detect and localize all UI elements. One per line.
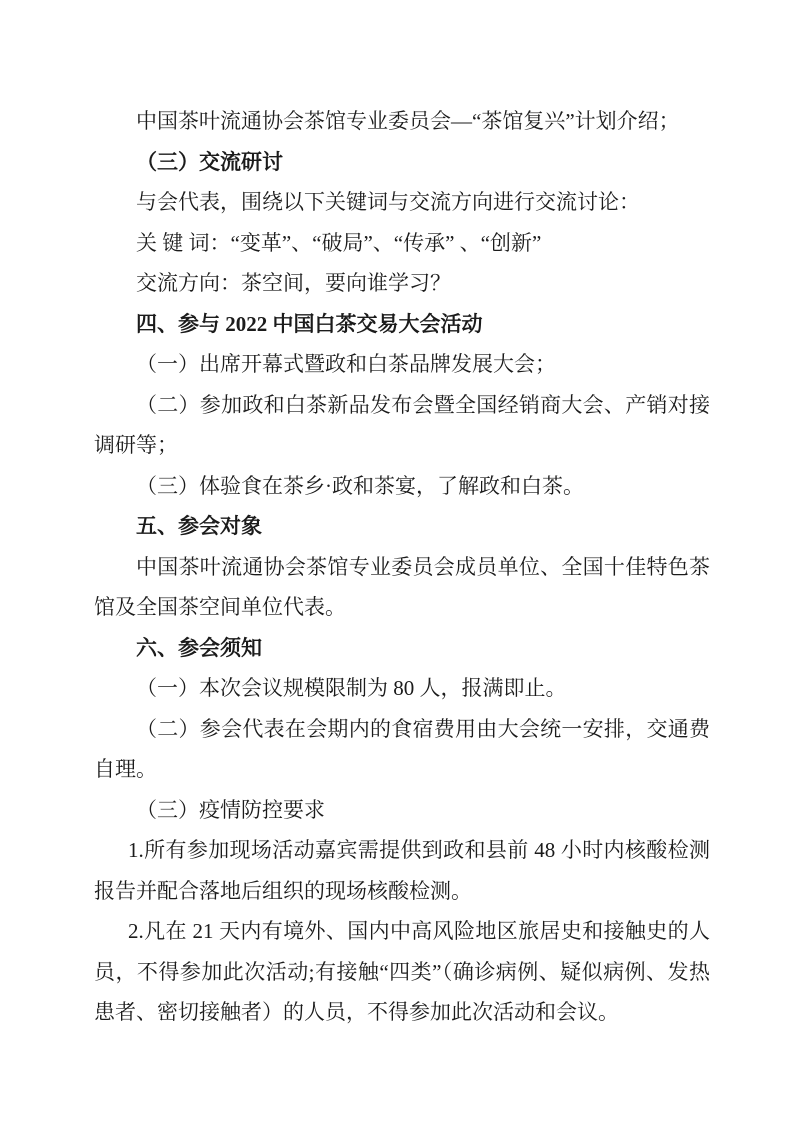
body-paragraph: 交流方向：茶空间，要向谁学习？ <box>94 263 710 304</box>
body-paragraph: （一）本次会议规模限制为 80 人，报满即止。 <box>94 668 710 709</box>
body-paragraph: 关 键 词：“变革”、“破局”、“传承” 、“创新” <box>94 223 710 264</box>
heading-paragraph: 六、参会须知 <box>94 628 710 669</box>
body-paragraph: （一）出席开幕式暨政和白茶品牌发展大会； <box>94 344 710 385</box>
heading-paragraph: 四、参与 2022 中国白茶交易大会活动 <box>94 304 710 345</box>
document-text-block: 中国茶叶流通协会茶馆专业委员会—“茶馆复兴”计划介绍；（三）交流研讨与会代表，围… <box>94 101 710 1033</box>
body-paragraph: （三）体验食在茶乡·政和茶宴，了解政和白茶。 <box>94 466 710 507</box>
body-paragraph: 中国茶叶流通协会茶馆专业委员会—“茶馆复兴”计划介绍； <box>94 101 710 142</box>
body-paragraph: （二）参加政和白茶新品发布会暨全国经销商大会、产销对接调研等； <box>94 385 710 466</box>
body-paragraph: 中国茶叶流通协会茶馆专业委员会成员单位、全国十佳特色茶馆及全国茶空间单位代表。 <box>94 547 710 628</box>
heading-paragraph: 五、参会对象 <box>94 506 710 547</box>
body-paragraph: （三）疫情防控要求 <box>94 790 710 831</box>
document-page: 中国茶叶流通协会茶馆专业委员会—“茶馆复兴”计划介绍；（三）交流研讨与会代表，围… <box>0 0 794 1123</box>
body-paragraph: 1.所有参加现场活动嘉宾需提供到政和县前 48 小时内核酸检测报告并配合落地后组… <box>94 830 710 911</box>
body-paragraph: （二）参会代表在会期内的食宿费用由大会统一安排，交通费自理。 <box>94 709 710 790</box>
body-paragraph: 与会代表，围绕以下关键词与交流方向进行交流讨论： <box>94 182 710 223</box>
heading-paragraph: （三）交流研讨 <box>94 142 710 183</box>
body-paragraph: 2.凡在 21 天内有境外、国内中高风险地区旅居史和接触史的人员，不得参加此次活… <box>94 911 710 1033</box>
